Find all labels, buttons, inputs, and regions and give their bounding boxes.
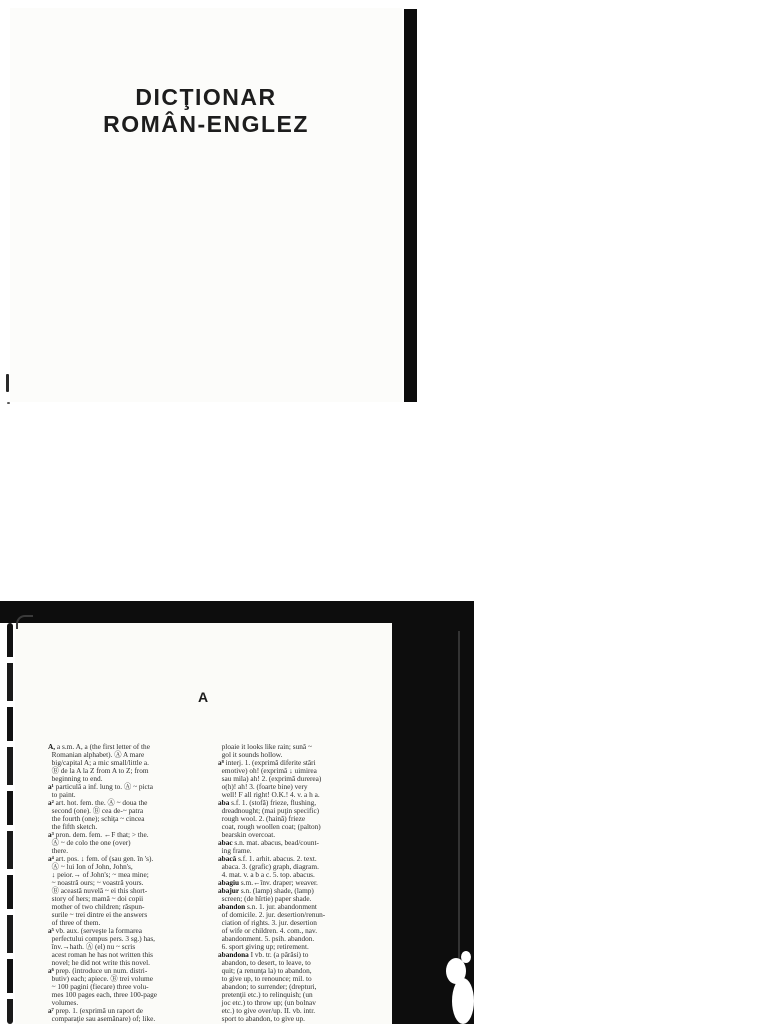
cover-title-line2: ROMÂN-ENGLEZ <box>10 111 402 138</box>
scan-noise <box>458 631 460 961</box>
scan-artifact <box>461 951 471 963</box>
page-curl-mark <box>16 615 33 629</box>
left-column: A, a s.m. A, a (the first letter of the … <box>48 743 180 1023</box>
dictionary-line: sport to abandon, to give up. <box>218 1015 364 1023</box>
scan-edge-dot <box>7 402 10 404</box>
scan-edge-bar <box>404 9 417 402</box>
cover-title-line1: DICŢIONAR <box>10 84 402 111</box>
dictionary-line: comparaţie sau asemănare) of; like. <box>48 1015 180 1023</box>
scan-artifact <box>452 978 474 1024</box>
dictionary-scan-block: A A, a s.m. A, a (the first letter of th… <box>0 601 474 1024</box>
right-column: ploaie it looks like rain; sună ~ gol it… <box>218 743 364 1023</box>
binding-shadow <box>7 623 13 1024</box>
cover-page: DICŢIONAR ROMÂN-ENGLEZ <box>10 8 402 402</box>
scan-edge-tick <box>6 374 9 392</box>
dictionary-page: A A, a s.m. A, a (the first letter of th… <box>15 623 392 1024</box>
dictionary-columns: A, a s.m. A, a (the first letter of the … <box>48 743 378 1023</box>
cover-title: DICŢIONAR ROMÂN-ENGLEZ <box>10 84 402 138</box>
section-letter: A <box>15 689 392 705</box>
